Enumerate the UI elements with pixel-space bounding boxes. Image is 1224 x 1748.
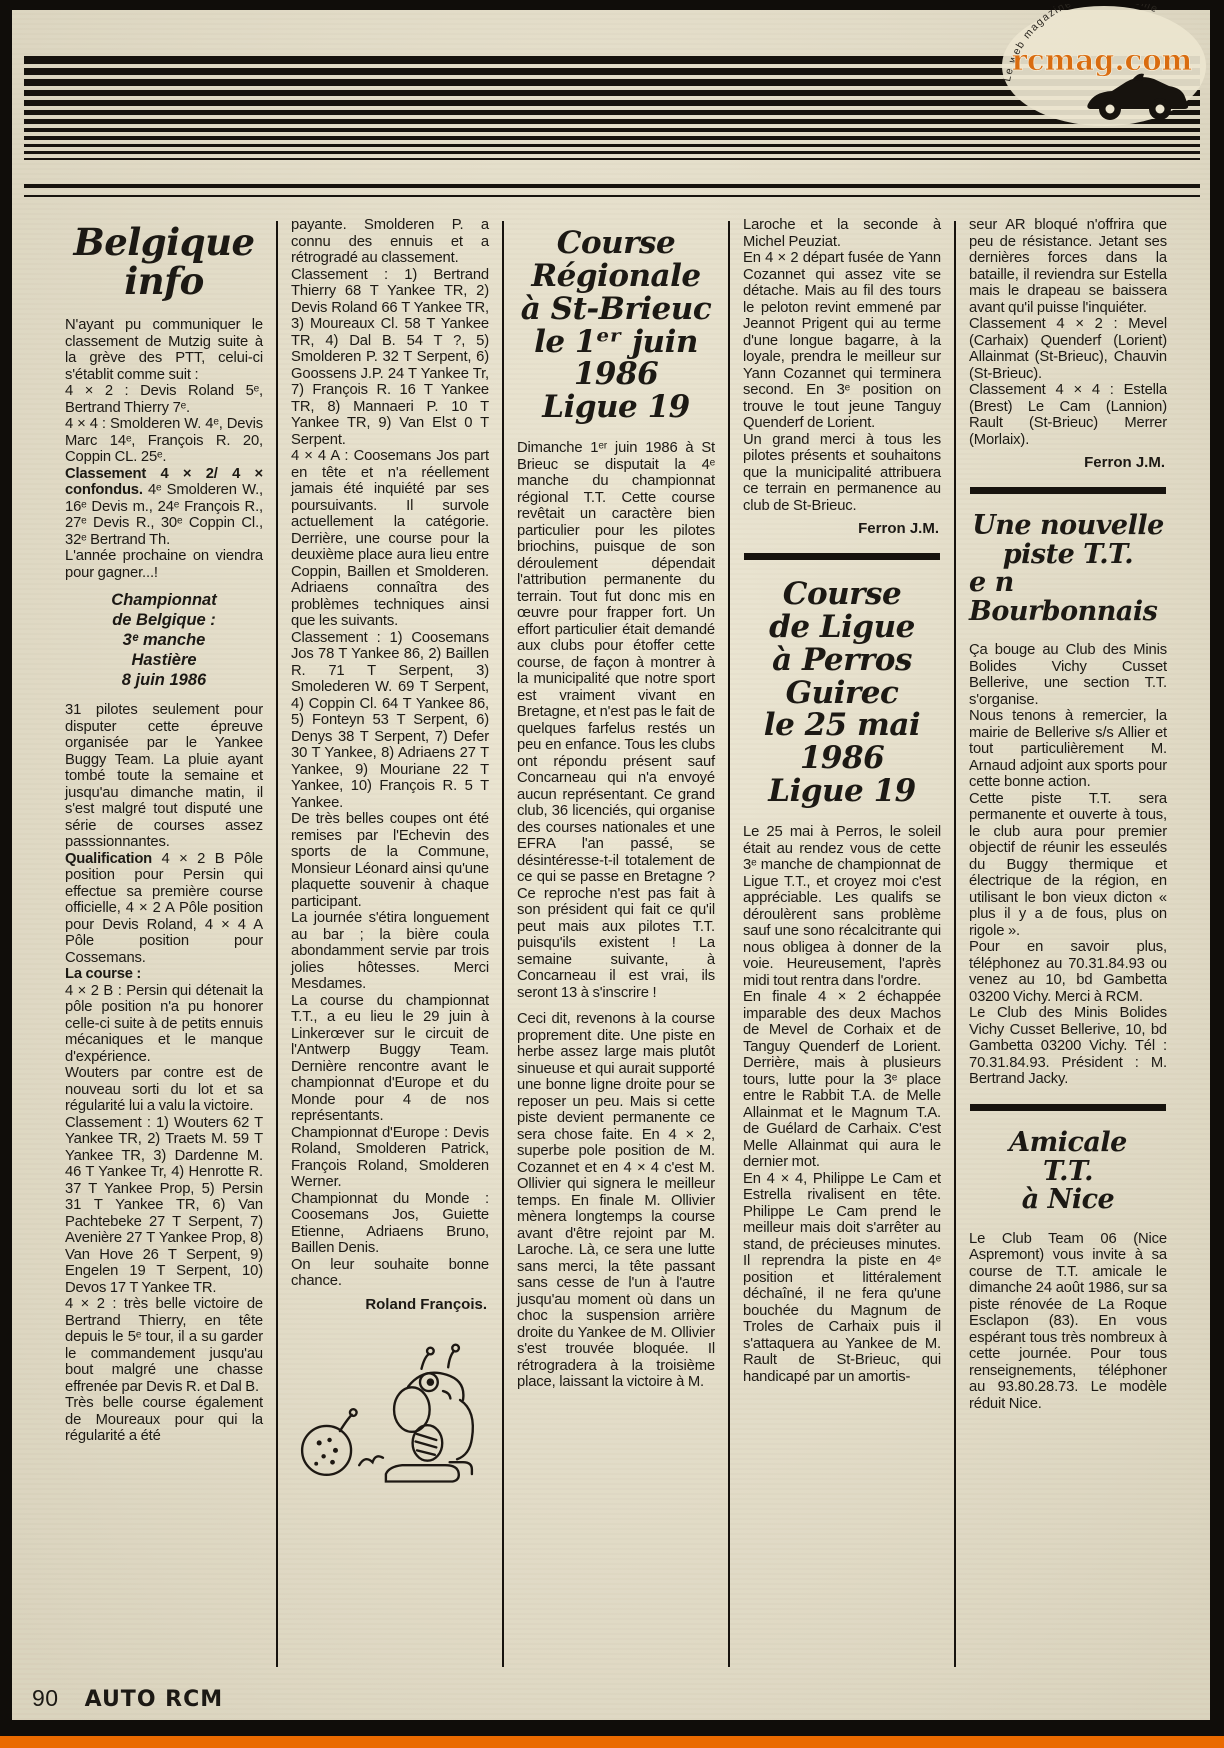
article-paragraph: Ceci dit, revenons à la course propremen… — [517, 1011, 715, 1391]
title-line: 1986 — [743, 742, 941, 775]
title-line: piste T.T. — [969, 541, 1167, 570]
article-title: AmicaleT.T.à Nice — [969, 1129, 1167, 1215]
column-2: payante. Smolderen P. a connu des ennuis… — [278, 211, 502, 1673]
title-line: à St-Brieuc — [517, 293, 715, 326]
column-4: Laroche et la seconde à Michel Peuziat.E… — [730, 211, 954, 1673]
article-paragraph: Un grand merci à tous les pilotes présen… — [743, 432, 941, 515]
article-paragraph: Classement : 1) Wouters 62 T Yankee TR, … — [65, 1115, 263, 1297]
article-paragraph: Dimanche 1ᵉʳ juin 1986 à St Brieuc se di… — [517, 440, 715, 1001]
author-signature: Ferron J.M. — [743, 520, 939, 537]
title-line: info — [65, 262, 263, 301]
title-line: Course — [517, 227, 715, 260]
article-paragraph: Qualification 4 × 2 B Pôle position pour… — [65, 851, 263, 967]
article-title: Belgiqueinfo — [65, 223, 263, 301]
bottom-edge-strip — [0, 1736, 1224, 1748]
article-subhead: Championnatde Belgique :3ᵉ mancheHastièr… — [65, 591, 263, 690]
article-paragraph: La course du championnat T.T., a eu lieu… — [291, 993, 489, 1125]
article-paragraph: Nous tenons à remercier, la mairie de Be… — [969, 708, 1167, 791]
logo-site-text: rcmag.com — [1012, 43, 1193, 77]
title-line: 3ᵉ manche — [65, 631, 263, 651]
article-paragraph: En 4 × 4, Philippe Le Cam et Estrella ri… — [743, 1171, 941, 1386]
article-paragraph: Classement : 1) Bertrand Thierry 68 T Ya… — [291, 267, 489, 449]
article-paragraph: payante. Smolderen P. a connu des ennuis… — [291, 217, 489, 267]
title-line: Guirec — [743, 677, 941, 710]
author-signature: Ferron J.M. — [969, 454, 1165, 471]
page-footer: 90 AUTO RCM — [32, 1685, 223, 1712]
article-title: Coursede Ligueà PerrosGuirecle 25 mai198… — [743, 578, 941, 808]
title-line: Championnat — [65, 591, 263, 611]
article-paragraph: Classement 4 × 4 : Estella (Brest) Le Ca… — [969, 382, 1167, 448]
article-paragraph: seur AR bloqué n'offrira que peu de rési… — [969, 217, 1167, 316]
title-line: Hastière — [65, 651, 263, 671]
article-paragraph: Très belle course également de Moureaux … — [65, 1395, 263, 1445]
title-line: Ligue 19 — [743, 775, 941, 808]
article-paragraph: Le Club des Minis Bolides Vichy Cusset B… — [969, 1005, 1167, 1088]
title-line: Bourbonnais — [969, 598, 1167, 627]
article-paragraph: 4 × 2 B : Persin qui détenait la pôle po… — [65, 983, 263, 1066]
title-line: Amicale — [969, 1129, 1167, 1158]
article-paragraph: Championnat d'Europe : Devis Roland, Smo… — [291, 1125, 489, 1191]
article-paragraph: L'année prochaine on viendra pour gagner… — [65, 548, 263, 581]
section-divider-bar — [970, 487, 1166, 494]
section-divider-bar — [970, 1104, 1166, 1111]
title-line: 8 juin 1986 — [65, 671, 263, 691]
title-line: le 1ᵉʳ juin — [517, 326, 715, 359]
title-line: Ligue 19 — [517, 391, 715, 424]
rcmag-logo: Le web magazine du modelisme rcmag.com — [992, 4, 1208, 136]
title-line: le 25 mai — [743, 709, 941, 742]
cartoon-illustration — [291, 1339, 489, 1500]
title-line: T.T. — [969, 1158, 1167, 1187]
column-1: BelgiqueinfoN'ayant pu communiquer le cl… — [52, 211, 276, 1673]
title-line: 1986 — [517, 358, 715, 391]
article-paragraph: La course : — [65, 966, 263, 983]
title-line: Régionale — [517, 260, 715, 293]
section-divider-bar — [744, 553, 940, 560]
article-title: Une nouvellepiste T.T.e nBourbonnais — [969, 512, 1167, 626]
author-signature: Roland François. — [291, 1296, 487, 1313]
article-paragraph: Pour en savoir plus, téléphonez au 70.31… — [969, 939, 1167, 1005]
title-line: Course — [743, 578, 941, 611]
article-paragraph: Wouters par contre est de nouveau sorti … — [65, 1065, 263, 1115]
paragraph-lead-bold: La course : — [65, 966, 141, 982]
paper-background: BelgiqueinfoN'ayant pu communiquer le cl… — [12, 10, 1210, 1720]
article-paragraph: En finale 4 × 2 échappée imparable des d… — [743, 989, 941, 1171]
article-paragraph: De très belles coupes ont été remises pa… — [291, 811, 489, 910]
article-paragraph: Le Club Team 06 (Nice Aspremont) vous in… — [969, 1231, 1167, 1413]
title-line: à Nice — [969, 1186, 1167, 1215]
article-paragraph: 4 × 2 : Devis Roland 5ᵉ, Bertrand Thierr… — [65, 383, 263, 416]
article-paragraph: En 4 × 2 départ fusée de Yann Cozannet q… — [743, 250, 941, 432]
article-paragraph: Classement 4 × 2 : Mevel (Carhaix) Quend… — [969, 316, 1167, 382]
article-paragraph: 4 × 4 : Smolderen W. 4ᵉ, Devis Marc 14ᵉ,… — [65, 416, 263, 466]
paragraph-lead-bold: Qualification — [65, 851, 162, 867]
article-columns: BelgiqueinfoN'ayant pu communiquer le cl… — [12, 197, 1210, 1673]
article-paragraph: Cette piste T.T. sera permanente et ouve… — [969, 791, 1167, 940]
column-3: CourseRégionaleà St-Brieucle 1ᵉʳ juin198… — [504, 211, 728, 1673]
article-title: CourseRégionaleà St-Brieucle 1ᵉʳ juin198… — [517, 227, 715, 424]
title-line: à Perros — [743, 644, 941, 677]
title-line: e n — [969, 569, 1167, 598]
article-paragraph: La journée s'étira longuement au bar ; l… — [291, 910, 489, 993]
title-line: Une nouvelle — [969, 512, 1167, 541]
title-line: Belgique — [65, 223, 263, 262]
page-number: 90 — [32, 1685, 59, 1712]
magazine-title: AUTO RCM — [85, 1687, 224, 1712]
article-paragraph: 4 × 2 : très belle victoire de Bertrand … — [65, 1296, 263, 1395]
column-5: seur AR bloqué n'offrira que peu de rési… — [956, 211, 1180, 1673]
title-line: de Belgique : — [65, 611, 263, 631]
article-paragraph: N'ayant pu communiquer le classement de … — [65, 317, 263, 383]
magazine-page: BelgiqueinfoN'ayant pu communiquer le cl… — [0, 0, 1224, 1748]
article-paragraph: 31 pilotes seulement pour disputer cette… — [65, 702, 263, 851]
article-paragraph: Ça bouge au Club des Minis Bolides Vichy… — [969, 642, 1167, 708]
paragraph-lead-bold: Classement 4 × 2/ 4 × confondus. — [65, 466, 263, 499]
article-paragraph: Le 25 mai à Perros, le soleil était au r… — [743, 824, 941, 989]
article-paragraph: Classement : 1) Coosemans Jos 78 T Yanke… — [291, 630, 489, 812]
article-paragraph: 4 × 4 A : Coosemans Jos part en tête et … — [291, 448, 489, 630]
title-line: de Ligue — [743, 611, 941, 644]
article-paragraph: Classement 4 × 2/ 4 × confondus. 4ᵉ Smol… — [65, 466, 263, 549]
article-paragraph: Laroche et la seconde à Michel Peuziat. — [743, 217, 941, 250]
article-paragraph: Championnat du Monde : Coosemans Jos, Gu… — [291, 1191, 489, 1257]
article-paragraph: On leur souhaite bonne chance. — [291, 1257, 489, 1290]
masthead-rule-thick — [24, 184, 1200, 188]
